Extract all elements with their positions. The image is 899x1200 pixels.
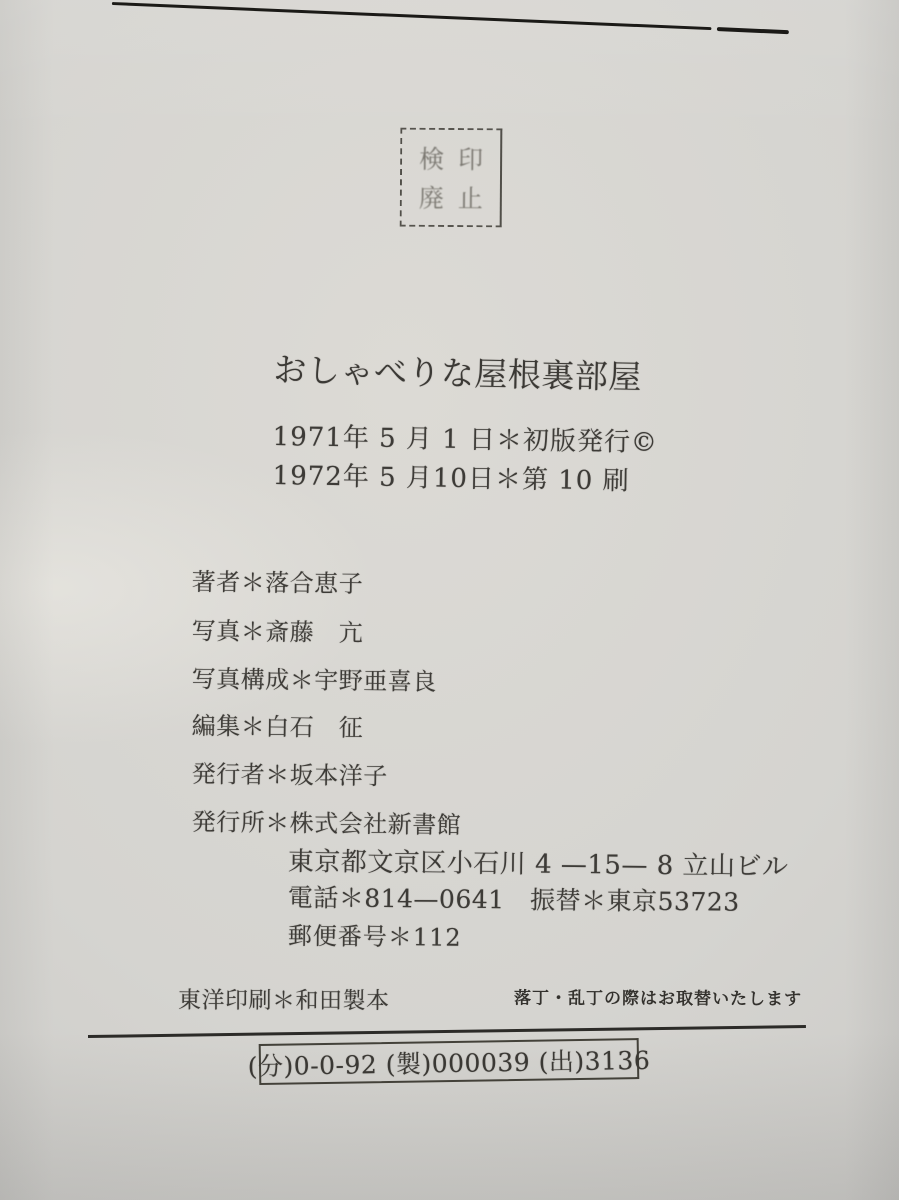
defective-copy-replacement-notice: 落丁・乱丁の際はお取替いたします	[514, 983, 802, 1009]
credit-line-author: 著者＊落合恵子	[192, 562, 364, 599]
publisher-address-line: 東京都文京区小石川 4 —15— 8 立山ビル	[288, 841, 789, 883]
credit-line-editor: 編集＊白石 征	[192, 706, 364, 743]
distribution-code-text: (分)0-0-92 (製)000039 (出)3136	[247, 1040, 650, 1082]
credit-line-photography: 写真＊斎藤 亢	[192, 611, 364, 648]
phone-and-transfer-line: 電話＊814—0641 振替＊東京53723	[288, 878, 740, 919]
stamp-char-ken: 検	[419, 140, 444, 176]
stamp-char-in: 印	[458, 140, 483, 176]
page-top-edge-line	[112, 2, 712, 30]
credit-line-publisher: 発行所＊株式会社新書館	[192, 802, 462, 840]
book-title: おしゃべりな屋根裏部屋	[273, 344, 642, 399]
tenth-printing-date-line: 1972年 5 月10日＊第 10 刷	[272, 455, 629, 498]
page-top-edge-line-segment	[717, 27, 789, 34]
kenin-haishi-stamp-box: 検 印 廃 止	[400, 128, 503, 228]
stamp-char-shi: 止	[458, 179, 483, 215]
printer-binder-line: 東洋印刷＊和田製本	[178, 982, 390, 1016]
colophon-page-photo: 検 印 廃 止 おしゃべりな屋根裏部屋 1971年 5 月 1 日＊初版発行© …	[0, 0, 899, 1200]
stamp-char-hai: 廃	[419, 179, 444, 215]
first-edition-date-line: 1971年 5 月 1 日＊初版発行©	[272, 416, 658, 459]
separator-rule	[88, 1025, 806, 1038]
credit-line-issuer: 発行者＊坂本洋子	[192, 754, 388, 791]
postal-code-line: 郵便番号＊112	[288, 916, 462, 953]
distribution-code-box: (分)0-0-92 (製)000039 (出)3136	[259, 1038, 640, 1085]
credit-line-photo-composition: 写真構成＊宇野亜喜良	[192, 659, 437, 697]
